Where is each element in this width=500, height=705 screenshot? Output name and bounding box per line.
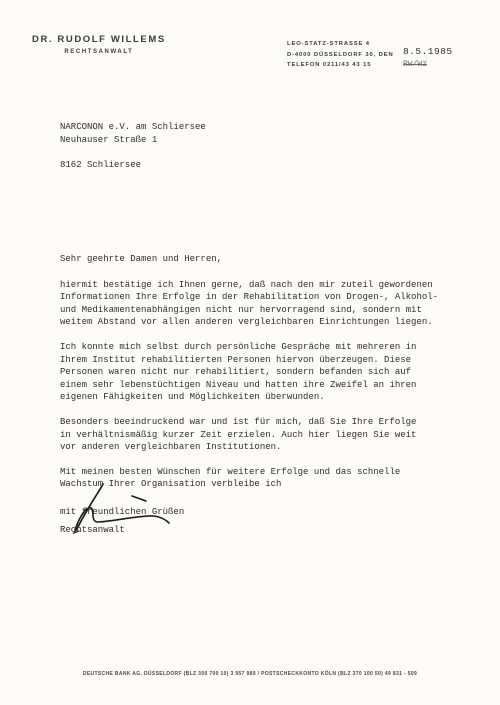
- sender-city-date-label: D-4000 DÜSSELDORF 30, DEN: [287, 50, 394, 61]
- letter-date: 8.5.1985: [403, 46, 453, 57]
- salutation: Sehr geehrte Damen und Herren,: [60, 253, 460, 266]
- sender-street: LEO-STATZ-STRASSE 4: [287, 39, 394, 50]
- paragraph-3: Besonders beeindruckend war und ist für …: [60, 416, 460, 454]
- paragraph-2: Ich konnte mich selbst durch persönliche…: [60, 341, 460, 404]
- signer-role: Rechtsanwalt: [60, 525, 125, 535]
- sender-name: DR. RUDOLF WILLEMS: [32, 34, 166, 45]
- sender-phone: TELEFON 0211/43 43 15: [287, 60, 394, 71]
- letter-reference: RW/Wz: [403, 60, 427, 69]
- letter-body: Sehr geehrte Damen und Herren, hiermit b…: [60, 253, 460, 519]
- bank-footer: DEUTSCHE BANK AG. DÜSSELDORF (BLZ 300 70…: [0, 671, 500, 677]
- paragraph-1: hiermit bestätige ich Ihnen gerne, daß n…: [60, 279, 460, 329]
- sender-title: RECHTSANWALT: [32, 49, 166, 55]
- letterhead-left: DR. RUDOLF WILLEMS RECHTSANWALT: [32, 34, 166, 55]
- letter-page: DR. RUDOLF WILLEMS RECHTSANWALT LEO-STAT…: [0, 0, 500, 705]
- recipient-address: NARCONON e.V. am Schliersee Neuhauser St…: [60, 121, 206, 171]
- letterhead-right: LEO-STATZ-STRASSE 4 D-4000 DÜSSELDORF 30…: [287, 39, 394, 71]
